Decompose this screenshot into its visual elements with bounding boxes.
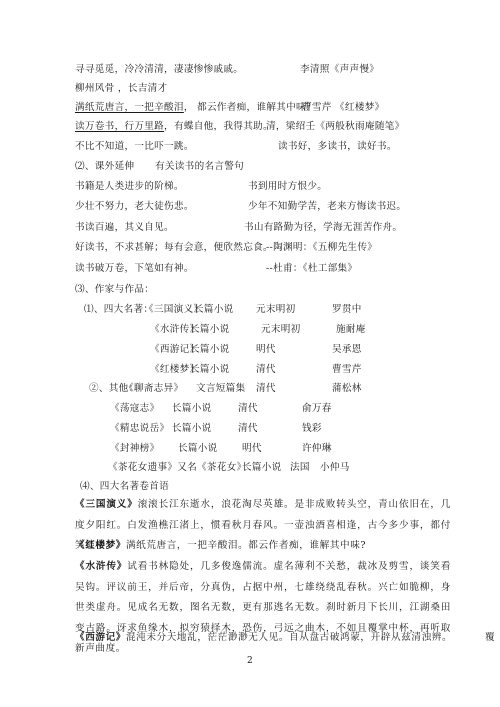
work-title: 《荡寇志》 [110, 403, 159, 415]
quote-line-4: 读万卷书，行万里路，有蝶自他，我得其助。 [75, 121, 273, 133]
quote-text: 寻寻觅觅，冷冷清清，凄凄惨惨戚戚。 [75, 64, 243, 75]
quote-right-5: 读书好，多读书，读好书。 [278, 141, 397, 153]
work-genre: 文言短篇集 [196, 383, 245, 395]
quote-source-4: 清，梁绍壬《两般秋雨庵随笔》 [266, 121, 405, 133]
preface-xiyou: 《西游记》混沌未分天地乱，茫茫渺渺无人见。自从盘古破鸿蒙，开辟从兹清浊辨。 覆 [75, 628, 451, 649]
work-era: 明代 [256, 344, 276, 356]
quote-line-5: 不比不知道，一比吓一跳。 [75, 141, 194, 153]
work-title: 《聊斋志异》 [124, 383, 183, 395]
work-genre: 长篇小说 [190, 344, 230, 356]
quote-source-3: 曹雪芹 《红楼梦》 [302, 102, 385, 114]
work-title: 《茶花女遗事》又名《茶花女》 [108, 462, 247, 474]
quote-line-2: 柳州风骨 ，长吉清才 [75, 83, 167, 95]
work-genre: 长篇小说 [172, 423, 212, 435]
preface-title: 《三国演义》 [75, 499, 138, 510]
work-genre: 长篇小说 [194, 304, 234, 316]
section2-subheading: 有关读书的名言警句 [155, 161, 244, 173]
saying-right-3: 书山有路勤为径，学海无涯苦作舟。 [244, 222, 402, 234]
work-genre: 长篇小说 [190, 324, 230, 336]
work-author: 施耐庵 [336, 324, 366, 336]
work-author: 俞万春 [302, 403, 332, 415]
preface-sanguo: 《三国演义》滚滚长江东逝水，浪花淘尽英雄。是非成败转头空，青山依旧在，几度夕阳红… [75, 495, 451, 536]
work-era: 明代 [242, 443, 262, 455]
saying-left-1: 书籍是人类进步的阶梯。 [75, 181, 184, 193]
section4-heading: ⑷、四大名著卷首语 [80, 481, 169, 493]
work-author: 钱彩 [302, 423, 322, 435]
work-era: 法国 [290, 462, 310, 474]
four-classics-label: ⑴、四大名著： [84, 304, 153, 316]
saying-left-2: 少壮不努力，老大徒伤悲。 [75, 201, 194, 213]
saying-right-1: 书到用时方恨少。 [248, 181, 327, 193]
work-author: 小仲马 [320, 462, 350, 474]
preface-title: 《水浒传》 [75, 561, 127, 572]
quote-text: ，有蝶自他，我得其助。 [164, 121, 273, 132]
saying-left-5: 读书破万卷，下笔如有神。 [75, 263, 194, 275]
work-era: 清代 [238, 423, 258, 435]
work-genre: 长篇小说 [242, 462, 282, 474]
document-page: 寻寻觅觅，冷冷清清，凄凄惨惨戚戚。 李清照《声声慢》 柳州风骨 ，长吉清才 满纸… [0, 0, 500, 707]
quote-line-1: 寻寻觅觅，冷冷清清，凄凄惨惨戚戚。 [75, 64, 243, 76]
work-genre: 长篇小说 [190, 364, 230, 376]
underlined-quote: 满纸荒唐言，一把辛酸泪 [75, 102, 184, 113]
preface-text: 满纸荒唐言，一把辛酸泪。都云作者痴，谁解其中味? [126, 540, 366, 551]
work-author: 吴承恩 [332, 344, 362, 356]
work-author: 许仲琳 [302, 443, 332, 455]
work-author: 罗贯中 [332, 304, 362, 316]
saying-left-3: 书读百遍，其义自见。 [75, 222, 174, 234]
work-era: 元末明初 [261, 324, 301, 336]
work-era: 清代 [256, 364, 276, 376]
quote-source-1: 李清照《声声慢》 [300, 64, 379, 76]
saying-right-4: --陶渊明：《五柳先生传》 [266, 242, 377, 254]
preface-text: 混沌未分天地乱，茫茫渺渺无人见。自从盘古破鸿蒙，开辟从兹清浊辨。 覆 [126, 632, 495, 643]
preface-title: 《红楼梦》 [75, 540, 126, 551]
saying-right-5: --杜甫：《杜工部集》 [266, 263, 357, 275]
section2-heading: ⑵、课外延伸 [75, 161, 134, 173]
preface-honglou: 《红楼梦》满纸荒唐言，一把辛酸泪。都云作者痴，谁解其中味? [75, 536, 451, 557]
saying-left-4: 好读书，不求甚解；每有会意，便欣然忘食。 [75, 242, 273, 254]
underlined-quote: 读万卷书，行万里路 [75, 121, 164, 132]
page-number: 2 [247, 656, 253, 666]
work-era: 元末明初 [256, 304, 296, 316]
work-title: 《封神榜》 [110, 443, 159, 455]
work-era: 清代 [238, 403, 258, 415]
work-era: 清代 [256, 383, 276, 395]
saying-right-2: 少年不知勤学苦，老来方悔读书迟。 [248, 201, 406, 213]
preface-shuihu: 《水浒传》试看书林隐处，几多俊逸儒流。虚名薄利不关愁，裁冰及剪雪，谈笑看吴钩。评… [75, 557, 451, 639]
section3-heading: ⑶、作家与作品： [75, 284, 154, 296]
work-author: 蒲松林 [332, 383, 362, 395]
work-genre: 长篇小说 [172, 403, 212, 415]
quote-text: ， 都云作者痴，谁解其中味？ [184, 102, 316, 113]
work-author: 曹雪芹 [332, 364, 362, 376]
preface-title: 《西游记》 [75, 632, 126, 643]
quote-line-3: 满纸荒唐言，一把辛酸泪， 都云作者痴，谁解其中味？ [75, 102, 316, 114]
work-title: 《精忠说岳》 [110, 423, 169, 435]
work-genre: 长篇小说 [178, 443, 218, 455]
